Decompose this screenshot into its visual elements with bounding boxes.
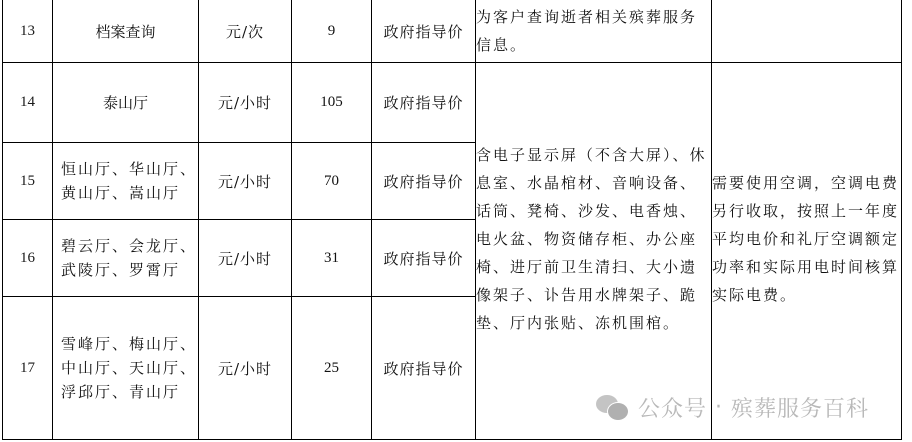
price: 9 (292, 0, 372, 63)
service-name: 档案查询 (53, 0, 199, 63)
unit: 元/小时 (199, 220, 292, 297)
watermark: 公众号 · 殡葬服务百科 (596, 392, 869, 423)
table-row: 13 档案查询 元/次 9 政府指导价 为客户查询逝者相关殡葬服务信息。 (3, 0, 902, 63)
price-type: 政府指导价 (372, 143, 476, 220)
price-type: 政府指导价 (372, 297, 476, 440)
hall-note: 需要使用空调，空调电费另行收取，按照上一年度平均电价和礼厅空调额定功率和实际用电… (712, 63, 902, 440)
service-name: 碧云厅、会龙厅、 武陵厅、罗霄厅 (53, 220, 199, 297)
price: 70 (292, 143, 372, 220)
wechat-icon (596, 395, 630, 421)
unit: 元/小时 (199, 63, 292, 143)
service-name: 恒山厅、华山厅、 黄山厅、嵩山厅 (53, 143, 199, 220)
unit: 元/小时 (199, 143, 292, 220)
service-name: 雪峰厅、梅山厅、 中山厅、天山厅、 浮邱厅、青山厅 (53, 297, 199, 440)
row-number: 14 (3, 63, 53, 143)
price-type: 政府指导价 (372, 220, 476, 297)
hall-name-line: 中山厅、天山厅、 (61, 356, 198, 380)
watermark-account: 殡葬服务百科 (731, 392, 869, 423)
row-number: 16 (3, 220, 53, 297)
watermark-separator: · (715, 395, 723, 420)
unit: 元/次 (199, 0, 292, 63)
hall-name-line: 雪峰厅、梅山厅、 (61, 332, 198, 356)
service-name: 泰山厅 (53, 63, 199, 143)
hall-name-line: 恒山厅、华山厅、 (61, 157, 198, 181)
price-type: 政府指导价 (372, 0, 476, 63)
service-description: 为客户查询逝者相关殡葬服务信息。 (476, 0, 712, 63)
hall-name-line: 浮邱厅、青山厅 (61, 380, 198, 404)
hall-name-line: 武陵厅、罗霄厅 (61, 258, 198, 282)
table-row: 14 泰山厅 元/小时 105 政府指导价 含电子显示屏（不含大屏）、休息室、水… (3, 63, 902, 143)
hall-name-line: 黄山厅、嵩山厅 (61, 181, 198, 205)
watermark-label: 公众号 (638, 392, 707, 423)
hall-note-text: 需要使用空调，空调电费另行收取，按照上一年度平均电价和礼厅空调额定功率和实际用电… (712, 169, 901, 309)
fee-table: 13 档案查询 元/次 9 政府指导价 为客户查询逝者相关殡葬服务信息。 14 … (2, 0, 902, 440)
price: 105 (292, 63, 372, 143)
row-number: 13 (3, 0, 53, 63)
row-number: 15 (3, 143, 53, 220)
hall-description-text: 含电子显示屏（不含大屏）、休息室、水晶棺材、音响设备、话筒、凳椅、沙发、电香烛、… (476, 141, 711, 337)
price-type: 政府指导价 (372, 63, 476, 143)
price: 31 (292, 220, 372, 297)
row-number: 17 (3, 297, 53, 440)
service-note (712, 0, 902, 63)
unit: 元/小时 (199, 297, 292, 440)
price: 25 (292, 297, 372, 440)
hall-name-line: 碧云厅、会龙厅、 (61, 234, 198, 258)
hall-description: 含电子显示屏（不含大屏）、休息室、水晶棺材、音响设备、话筒、凳椅、沙发、电香烛、… (476, 63, 712, 440)
